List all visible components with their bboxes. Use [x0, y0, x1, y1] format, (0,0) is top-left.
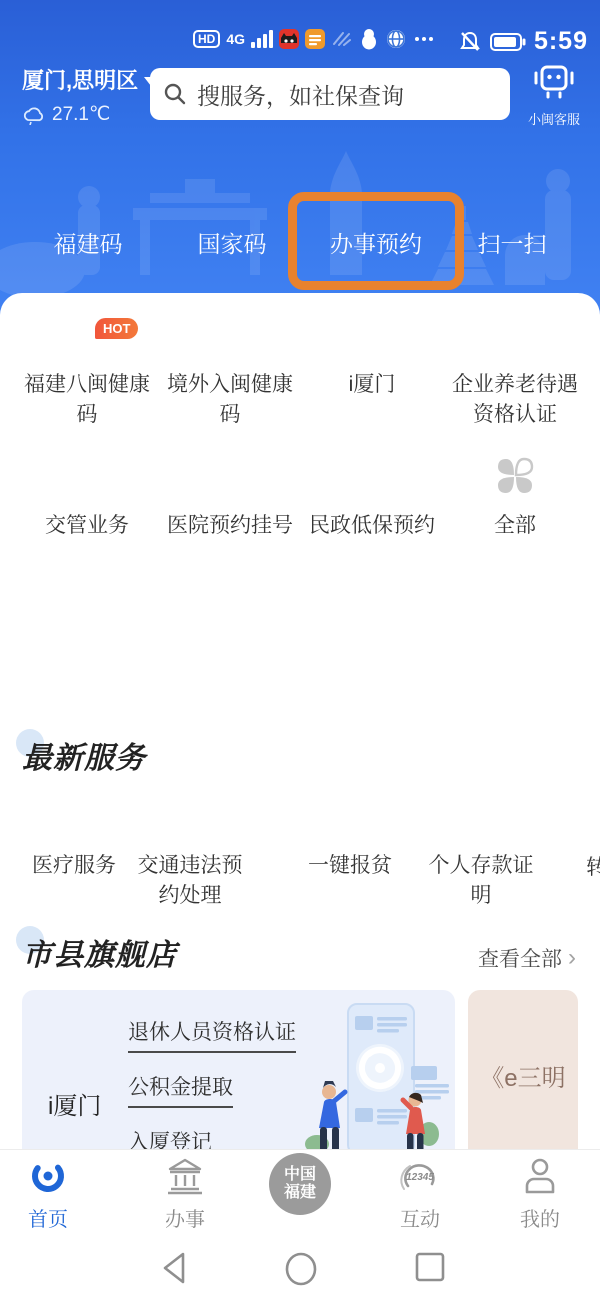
hotline-number: 12345: [406, 1172, 434, 1183]
person-icon: [520, 1156, 560, 1196]
chevron-right-icon: ›: [568, 946, 576, 970]
service-poverty-report[interactable]: 一键报贫: [291, 851, 409, 881]
service-hospital-booking[interactable]: 医院预约挂号: [159, 511, 301, 541]
card-illustration: [303, 996, 453, 1150]
android-recents-button[interactable]: [414, 1251, 446, 1283]
china-fujian-badge[interactable]: 中国 福建: [269, 1153, 331, 1215]
more-status-icons: [415, 37, 433, 41]
weather-cloud-icon: [22, 105, 46, 125]
app-screen: HD 4G: [0, 0, 600, 1299]
search-icon: [163, 82, 187, 106]
hotline-12345-icon: 12345: [398, 1156, 442, 1196]
tab-interaction-label: 互动: [375, 1203, 465, 1232]
service-traffic-violation[interactable]: 交通违法预约处理: [131, 851, 249, 912]
flagship-card-ixiamen[interactable]: i厦门 退休人员资格认证 公积金提取 入厦登记: [22, 990, 455, 1150]
signal-strength-icon: [251, 29, 273, 49]
android-back-button[interactable]: [159, 1251, 191, 1285]
all-services-entry[interactable]: [495, 456, 535, 501]
android-home-button[interactable]: [283, 1251, 319, 1287]
search-bar[interactable]: 搜服务，如社保查询: [150, 68, 510, 120]
status-bar-right-cluster: 5:59: [458, 27, 588, 56]
tmall-app-icon: [279, 29, 299, 49]
battery-icon: [490, 33, 526, 51]
service-traffic-management[interactable]: 交管业务: [16, 511, 158, 541]
view-all-label: 查看全部: [478, 943, 562, 973]
service-fujian-health-code[interactable]: 福建八闽健康码: [20, 370, 154, 431]
annotation-highlight-box: [288, 192, 464, 290]
tab-fujian-code[interactable]: 福建码: [54, 226, 123, 259]
clock-label: 5:59: [534, 27, 588, 56]
temperature-label: 27.1℃: [52, 103, 110, 126]
mail-app-icon: [305, 29, 325, 49]
clover-all-icon: [495, 456, 535, 496]
content-sheet: HOT 福建八闽健康码 境外入闽健康码 i厦门 企业养老待遇资格认证 交管业务 …: [0, 293, 600, 1150]
search-placeholder: 搜服务，如社保查询: [197, 78, 404, 111]
network-type-label: 4G: [226, 31, 245, 47]
hd-badge: HD: [193, 30, 220, 48]
calligraphy-app-icon: [331, 29, 353, 49]
hot-badge: HOT: [95, 318, 138, 339]
robot-icon: [531, 60, 577, 102]
bank-building-icon: [165, 1156, 205, 1196]
home-swirl-icon: [28, 1156, 68, 1196]
link-xiamen-entry[interactable]: 入厦登记: [128, 1126, 212, 1150]
service-all-label[interactable]: 全部: [444, 511, 586, 541]
tab-services-label: 办事: [140, 1203, 230, 1232]
service-pension-certification[interactable]: 企业养老待遇资格认证: [448, 370, 582, 431]
tab-services[interactable]: 办事: [140, 1156, 230, 1232]
flagship-card-name: i厦门: [48, 1086, 101, 1121]
assistant-entry[interactable]: 小闽客服: [520, 60, 588, 128]
service-overseas-health-code[interactable]: 境外入闽健康码: [163, 370, 297, 431]
service-partial-clipped[interactable]: 转: [586, 851, 600, 881]
tab-profile-label: 我的: [495, 1203, 585, 1232]
badge-line2: 福建: [284, 1184, 316, 1202]
service-i-xiamen[interactable]: i厦门: [305, 370, 439, 400]
person-blue: [319, 1081, 345, 1150]
flagship-card-esanming[interactable]: 《e三明: [468, 990, 578, 1150]
flagship-side-name: 《e三明: [480, 1058, 565, 1093]
flagship-title: 市县旗舰店: [22, 930, 177, 974]
notifications-muted-icon: [458, 30, 482, 54]
tab-home-label: 首页: [3, 1203, 93, 1232]
view-all-link[interactable]: 查看全部 ›: [478, 943, 576, 973]
tab-home[interactable]: 首页: [3, 1156, 93, 1232]
service-medical[interactable]: 医疗服务: [15, 851, 133, 881]
latest-services-title: 最新服务: [22, 733, 146, 777]
link-retiree-certification[interactable]: 退休人员资格认证: [128, 1016, 296, 1053]
service-welfare-booking[interactable]: 民政低保预约: [301, 511, 443, 541]
browser-globe-icon: [385, 28, 407, 50]
location-weather-block[interactable]: 厦门,思明区 27.1℃: [22, 64, 158, 126]
status-bar-left-cluster: HD 4G: [193, 28, 433, 50]
badge-line1: 中国: [284, 1166, 316, 1184]
link-housing-fund[interactable]: 公积金提取: [128, 1071, 233, 1108]
tab-national-code[interactable]: 国家码: [198, 226, 267, 259]
tab-interaction[interactable]: 12345 互动: [375, 1156, 465, 1232]
bottom-tab-bar: 首页 办事 中国 福建 12345 互动: [0, 1150, 600, 1237]
tab-profile[interactable]: 我的: [495, 1156, 585, 1232]
assistant-label: 小闽客服: [520, 109, 588, 128]
service-deposit-certificate[interactable]: 个人存款证明: [422, 851, 540, 912]
location-label[interactable]: 厦门,思明区: [22, 64, 138, 95]
tab-scan[interactable]: 扫一扫: [478, 226, 547, 259]
android-navigation-bar: [0, 1237, 600, 1299]
qq-app-icon: [359, 28, 379, 50]
